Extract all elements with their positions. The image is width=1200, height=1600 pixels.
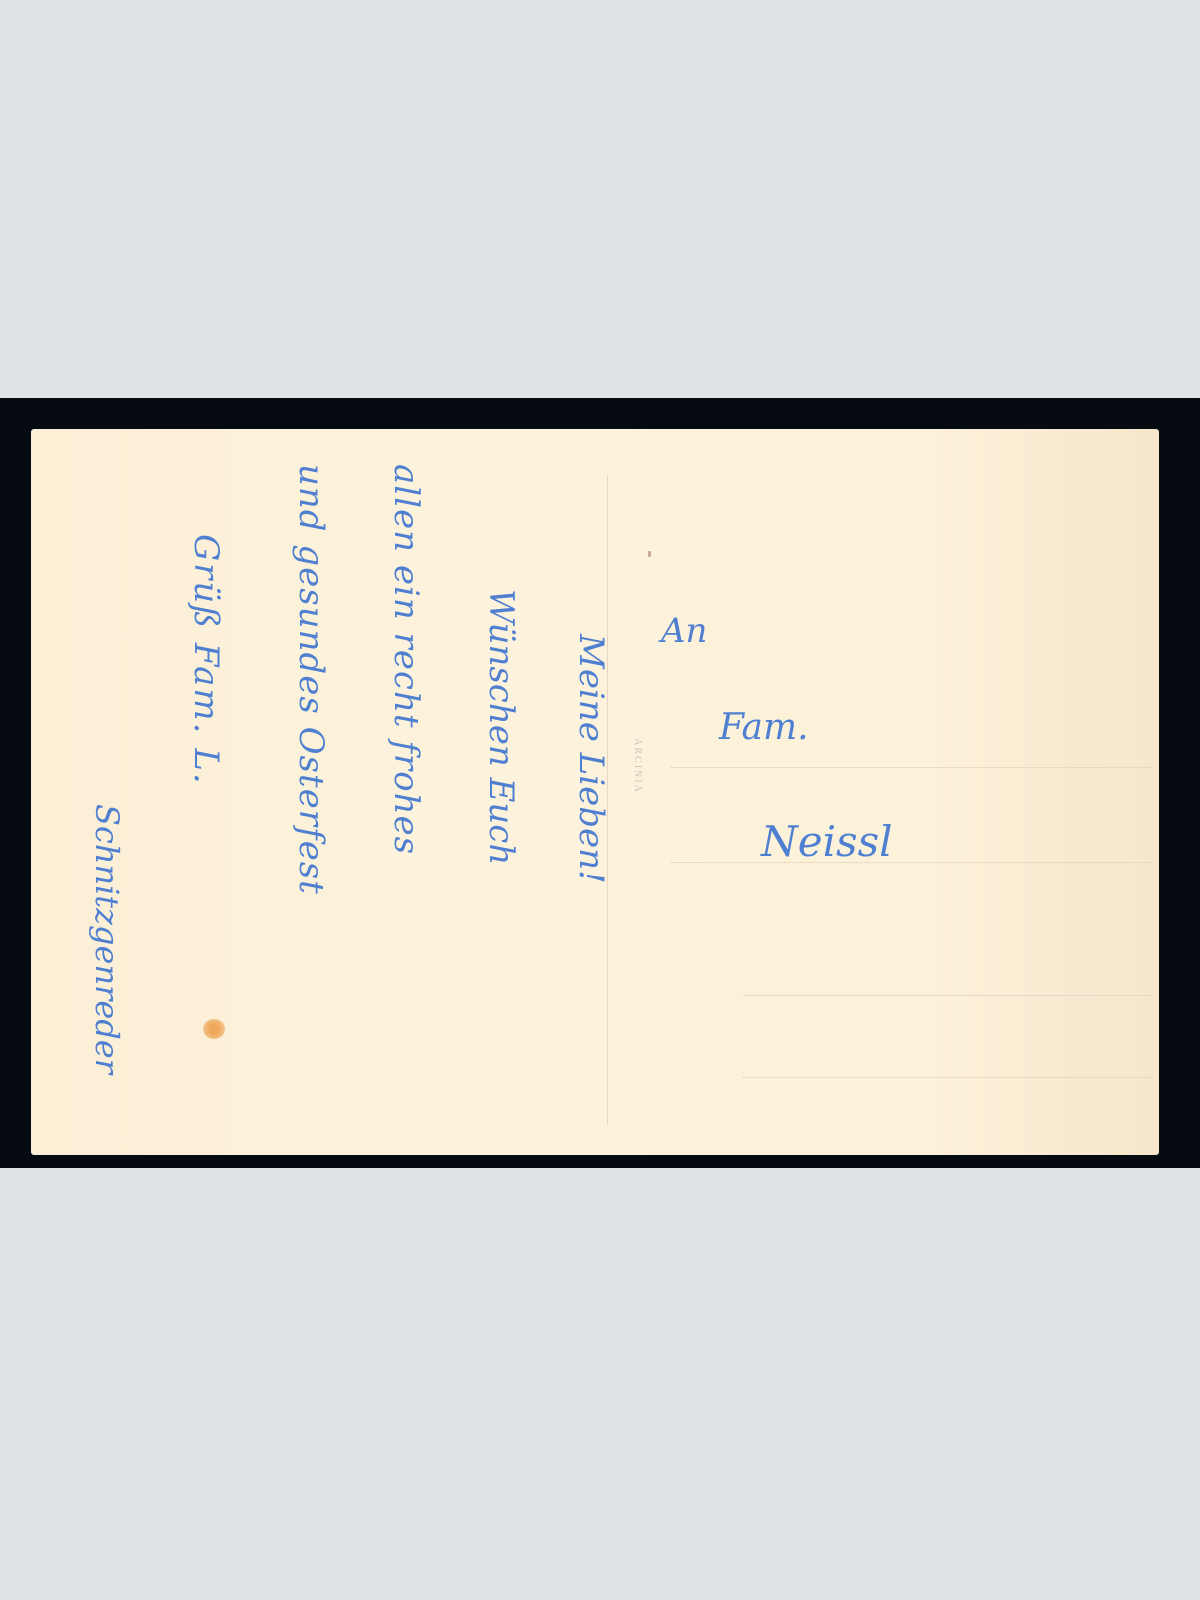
- message-line-2: Wünschen Euch: [481, 589, 521, 865]
- publisher-mark: ARCINIA: [629, 721, 643, 811]
- message-line-1: Meine Lieben!: [571, 634, 611, 884]
- address-rule-4: [743, 1077, 1153, 1078]
- address-line-2: Fam.: [719, 707, 809, 748]
- paper-speck: [648, 551, 651, 557]
- address-line-3: Neissl: [761, 817, 893, 866]
- signature: Schnitzgenreder: [88, 804, 126, 1074]
- message-line-3: allen ein recht frohes: [386, 464, 426, 855]
- address-rule-1: [671, 767, 1151, 768]
- postcard: ARCINIA Meine Lieben! Wünschen Euch alle…: [31, 429, 1159, 1155]
- message-line-4: und gesundes Osterfest: [291, 464, 331, 895]
- message-line-5: Grüß Fam. L.: [186, 534, 226, 786]
- address-rule-3: [743, 995, 1153, 996]
- address-rule-2: [671, 862, 1151, 863]
- ink-stain: [203, 1019, 225, 1039]
- address-line-1: An: [661, 611, 707, 651]
